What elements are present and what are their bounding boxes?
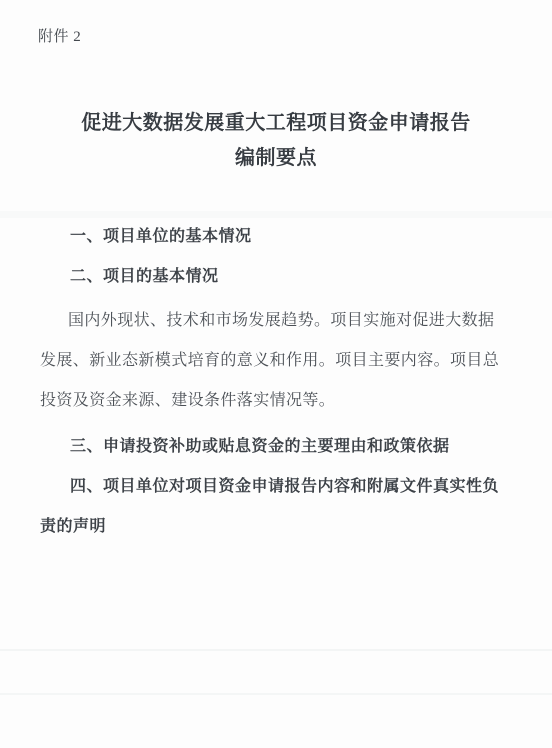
paragraph-line-1: 国内外现状、技术和市场发展趋势。项目实施对促进大数据 <box>68 313 494 329</box>
paragraph-line-2: 发展、新业态新模式培育的意义和作用。项目主要内容。项目总 <box>40 353 499 369</box>
scan-artifact <box>0 211 552 218</box>
section-heading-3: 三、申请投资补助或贴息资金的主要理由和政策依据 <box>70 439 450 455</box>
document-title-line1: 促进大数据发展重大工程项目资金申请报告 <box>0 113 552 133</box>
document-page: 附件 2 促进大数据发展重大工程项目资金申请报告 编制要点 一、项目单位的基本情… <box>0 0 552 748</box>
section-heading-1: 一、项目单位的基本情况 <box>70 229 252 245</box>
scan-artifact <box>0 649 552 651</box>
attachment-label: 附件 2 <box>38 30 81 45</box>
section-heading-2: 二、项目的基本情况 <box>70 269 219 285</box>
section-heading-4-line1: 四、项目单位对项目资金申请报告内容和附属文件真实性负 <box>70 479 499 495</box>
scan-artifact <box>0 693 552 695</box>
document-title-line2: 编制要点 <box>0 148 552 168</box>
paragraph-line-3: 投资及资金来源、建设条件落实情况等。 <box>40 393 335 409</box>
section-heading-4-line2: 责的声明 <box>40 519 106 535</box>
